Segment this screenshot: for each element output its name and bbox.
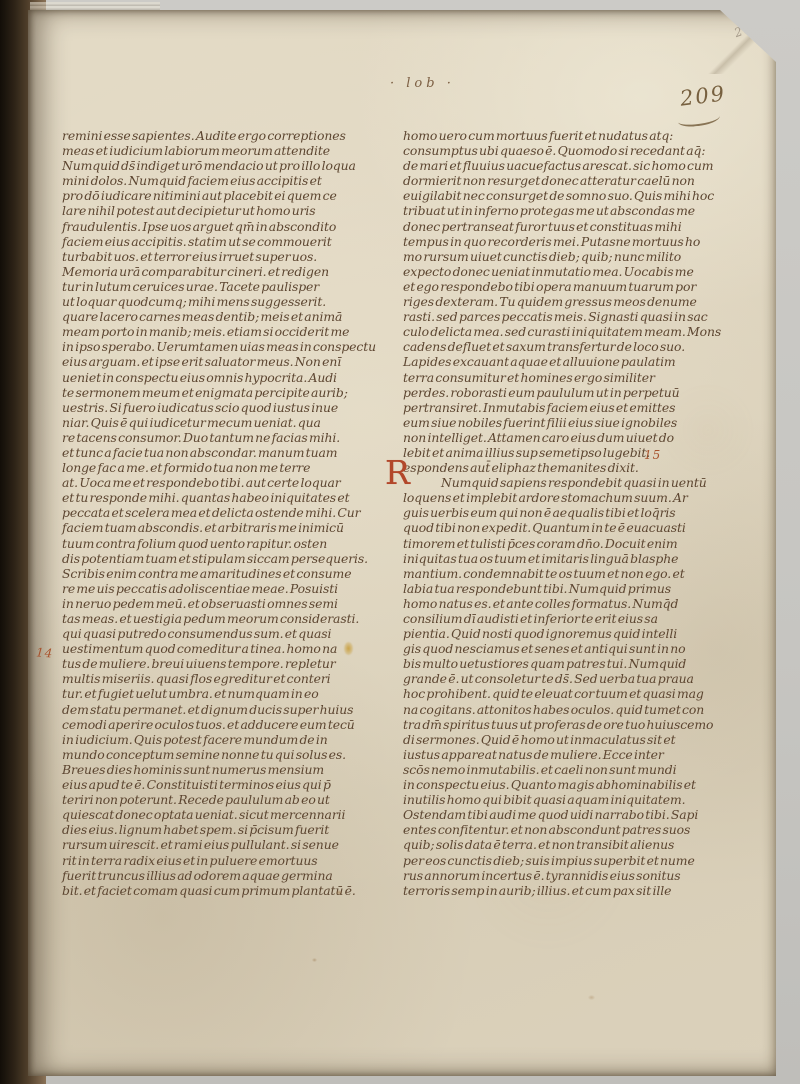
manuscript-line: timorem et tulisti p̄ces coram dn̄o. Doc… (403, 536, 749, 551)
text-column-right: homo uero cum mortuus fuerit et nudatus … (403, 128, 749, 898)
manuscript-line: scōs nemo inmutabilis. et caeli non sunt… (403, 762, 749, 777)
manuscript-line: culo delicta mea. sed curasti iniquitate… (403, 324, 749, 339)
manuscript-line: Respondens aut̄ eliphaz themanites dixit… (403, 460, 749, 475)
manuscript-line: et tu responde mihi. quantas habeo iniqu… (62, 490, 398, 505)
manuscript-line: quod tibi non expedit. Quantum in te ē e… (403, 520, 749, 535)
manuscript-line: niar. Quis ē qui iudicetur mecum ueniat.… (62, 415, 398, 430)
manuscript-line: in conspectu eius. Quanto magis abhomina… (403, 777, 749, 792)
manuscript-line: tur. et fugiet uelut umbra. et numquam i… (62, 686, 398, 701)
manuscript-line: tribuat ut in inferno protegas me ut abs… (403, 203, 749, 218)
manuscript-line: uestris. Si fuero iudicatus scio quod iu… (62, 400, 398, 415)
manuscript-line: in ipso sperabo. Uerumtamen uias meas in… (62, 339, 398, 354)
manuscript-line: faciem tuam abscondis. et arbitraris me … (62, 520, 398, 535)
cut-corner-shadow (704, 4, 794, 74)
manuscript-line: bis multo uetustiores quam patres tui. N… (403, 656, 749, 671)
manuscript-line: quib; solis data ē terra. et non transib… (403, 837, 749, 852)
manuscript-line: cemodi aperire oculos tuos. et adducere … (62, 717, 398, 732)
chapter-number-14: 14 (36, 645, 54, 660)
manuscript-line: peccata et scelera mea et delicta ostend… (62, 505, 398, 520)
manuscript-line: consilium dī audisti et inferior te erit… (403, 611, 749, 626)
manuscript-line: eum siue nobiles fuerint filii eius siue… (403, 415, 749, 430)
folio-underline-flourish (677, 110, 720, 128)
manuscript-line: expecto donec ueniat inmutatio mea. Uoca… (403, 264, 749, 279)
manuscript-line: longe fac a me. et formido tua non me te… (62, 460, 398, 475)
manuscript-line: ueniet in conspectu eius omnis hypocrita… (62, 370, 398, 385)
manuscript-line: tuum contra folium quod uento rapitur. o… (62, 536, 398, 551)
manuscript-line: guis uerbis eum qui non ē aequalis tibi … (403, 505, 749, 520)
manuscript-line: tur in lutum ceruices urae. Tacete pauli… (62, 279, 398, 294)
manuscript-line: loquens et implebit ardore stomachum suu… (403, 490, 749, 505)
manuscript-line: tra dm̄ spiritus tuus ut proferas de ore… (403, 717, 749, 732)
manuscript-line: de mari et fluuius uacuefactus arescat. … (403, 158, 749, 173)
manuscript-line: na cogitans. attonitos habes oculos. qui… (403, 702, 749, 717)
manuscript-line: Breues dies hominis sunt numerus mensium (62, 762, 398, 777)
manuscript-line: turbabit uos. et terror eius irruet supe… (62, 249, 398, 264)
manuscript-line: terra consumitur et homines ergo similit… (403, 370, 749, 385)
manuscript-line: mantium. condemnabit te os tuum et non e… (403, 566, 749, 581)
manuscript-line: in iudicium. Quis potest facere mundum d… (62, 732, 398, 747)
manuscript-line: per eos cunctis dieb; suis impius superb… (403, 853, 749, 868)
manuscript-line: consumptus ubi quaeso ē. Quomodo si rece… (403, 143, 749, 158)
manuscript-line: dormierit non resurget donec atteratur c… (403, 173, 749, 188)
running-title: · lob · (390, 76, 455, 91)
manuscript-line: meas et iudicium labiorum meorum attendi… (62, 143, 398, 158)
manuscript-line: labia tua respondebunt tibi. Numquid pri… (403, 581, 749, 596)
manuscript-line: fuerit truncus illius ad odorem aquae ge… (62, 868, 398, 883)
manuscript-line: mundo conceptum semine nonne tu qui solu… (62, 747, 398, 762)
manuscript-line: Scribis enim contra me amaritudines et c… (62, 566, 398, 581)
manuscript-line: non intelliget. Attamen caro eius dum ui… (403, 430, 749, 445)
manuscript-line: meam porto in manib; meis. etiam si occi… (62, 324, 398, 339)
manuscript-line: remini esse sapientes. Audite ergo corre… (62, 128, 398, 143)
manuscript-line: eius apud te ē. Constituisti terminos ei… (62, 777, 398, 792)
manuscript-line: et tunc a facie tua non abscondar. manum… (62, 445, 398, 460)
manuscript-line: Numquid ds̄ indiget urō mendacio ut pro … (62, 158, 398, 173)
manuscript-line: euigilabit nec consurget de somno suo. Q… (403, 188, 749, 203)
manuscript-line: tas meas. et uestigia pedum meorum consi… (62, 611, 398, 626)
manuscript-line: inutilis homo qui bibit quasi aquam iniq… (403, 792, 749, 807)
manuscript-line: in neruo pedem meū. et obseruasti omnes … (62, 596, 398, 611)
manuscript-line: dis potentiam tuam et stipulam siccam pe… (62, 551, 398, 566)
manuscript-line: multis miseriis. quasi flos egreditur et… (62, 671, 398, 686)
manuscript-line: hoc prohibent. quid te eleuat cor tuum e… (403, 686, 749, 701)
manuscript-line: rursum uirescit. et rami eius pullulant.… (62, 837, 398, 852)
manuscript-line: entes confitentur. et non abscondunt pat… (403, 822, 749, 837)
manuscript-line: mini dolos. Numquid faciem eius accipiti… (62, 173, 398, 188)
manuscript-line: ut loquar quodcumq; mihi mens suggesseri… (62, 294, 398, 309)
manuscript-line: di sermones. Quid ē homo ut inmaculatus … (403, 732, 749, 747)
manuscript-photo: · lob · 209 209 14 15 remini esse sapien… (0, 0, 800, 1084)
manuscript-line: rasti. sed parces peccatis meis. Signast… (403, 309, 749, 324)
manuscript-line: iniquitas tua os tuum et imitaris linguā… (403, 551, 749, 566)
manuscript-line: rit in terra radix eius et in puluere em… (62, 853, 398, 868)
manuscript-line: donec pertranseat furor tuus et constitu… (403, 219, 749, 234)
manuscript-line: uestimentum quod comeditur a tinea. homo… (62, 641, 398, 656)
page-edge-stack (30, 2, 160, 10)
manuscript-line: te sermonem meum et enigmata percipite a… (62, 385, 398, 400)
manuscript-line: cadens defluet et saxum transfertur de l… (403, 339, 749, 354)
manuscript-line: lebit et anima illius sup semetipso luge… (403, 445, 749, 460)
stain (588, 995, 595, 1000)
manuscript-line: teriri non poterunt. Recede paululum ab … (62, 792, 398, 807)
manuscript-line: lare nihil potest aut decipietur ut homo… (62, 203, 398, 218)
manuscript-line: pro dō iudicare nitimini aut placebit ei… (62, 188, 398, 203)
manuscript-line: iustus appareat natus de muliere. Ecce i… (403, 747, 749, 762)
folio-number-pencil: 209 (732, 18, 761, 40)
manuscript-line: pertransiret. Inmutabis faciem eius et e… (403, 400, 749, 415)
manuscript-line: Lapides excauant aquae et alluuione paul… (403, 354, 749, 369)
manuscript-line: qui quasi putredo consumendus sum. et qu… (62, 626, 398, 641)
text-column-left: remini esse sapientes. Audite ergo corre… (62, 128, 398, 898)
manuscript-line: rus annorum incertus ē. tyrannidis eius … (403, 868, 749, 883)
manuscript-line: pientia. Quid nosti quod ignoremus quid … (403, 626, 749, 641)
manuscript-line: re me uis peccatis adoliscentiae meae. P… (62, 581, 398, 596)
manuscript-line: perdes. roborasti eum paululum ut in per… (403, 385, 749, 400)
manuscript-line: re tacens consumor. Duo tantum ne facias… (62, 430, 398, 445)
manuscript-line: homo uero cum mortuus fuerit et nudatus … (403, 128, 749, 143)
manuscript-line: gis quod nesciamus et senes et antiqui s… (403, 641, 749, 656)
manuscript-line: quiescat donec optata ueniat. sicut merc… (62, 807, 398, 822)
manuscript-line: at. Uoca me et respondebo tibi. aut cert… (62, 475, 398, 490)
manuscript-line: homo natus es. et ante colles formatus. … (403, 596, 749, 611)
manuscript-line: et ego respondebo tibi opera manuum tuar… (403, 279, 749, 294)
manuscript-line: grande ē. ut consoletur te ds̄. Sed uerb… (403, 671, 749, 686)
manuscript-line: faciem eius accipitis. statim ut se comm… (62, 234, 398, 249)
manuscript-line: eius arguam. et ipse erit saluator meus.… (62, 354, 398, 369)
manuscript-line: fraudulentis. Ipse uos arguet qm̄ in abs… (62, 219, 398, 234)
manuscript-leaf: · lob · 209 209 14 15 remini esse sapien… (28, 10, 776, 1076)
manuscript-line: tempus in quo recorderis mei. Putasne mo… (403, 234, 749, 249)
manuscript-line: Numquid sapiens respondebit quasi in uen… (403, 475, 749, 490)
manuscript-line: terroris semp in aurib; illius. et cum p… (403, 883, 749, 898)
manuscript-line: quare lacero carnes meas dentib; meis et… (62, 309, 398, 324)
folio-number-ink: 209 (679, 81, 728, 110)
manuscript-line: dies eius. lignum habet spem. si p̄cisum… (62, 822, 398, 837)
manuscript-line: Ostendam tibi audi me quod uidi narrabo … (403, 807, 749, 822)
manuscript-line: mo rursum uiuet cunctis dieb; quib; nunc… (403, 249, 749, 264)
manuscript-line: bit. et faciet comam quasi cum primum pl… (62, 883, 398, 898)
manuscript-line: riges dexteram. Tu quidem gressus meos d… (403, 294, 749, 309)
manuscript-line: tus de muliere. breui uiuens tempore. re… (62, 656, 398, 671)
stain (312, 958, 317, 962)
manuscript-line: Memoria urā comparabitur cineri. et redi… (62, 264, 398, 279)
manuscript-line: dem statu permanet. et dignum ducis supe… (62, 702, 398, 717)
